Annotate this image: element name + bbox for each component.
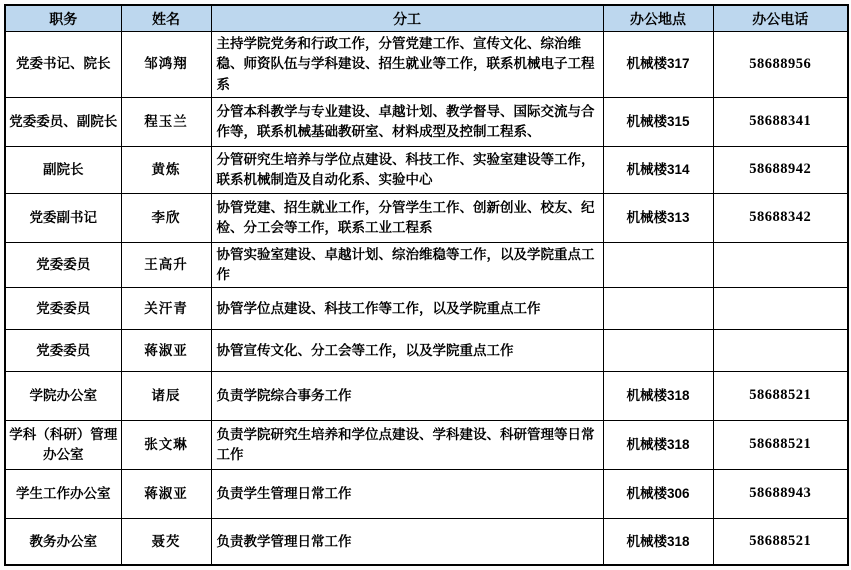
- cell-location: 机械楼317: [603, 32, 713, 98]
- page: 职务 姓名 分工 办公地点 办公电话 党委书记、院长 邹鸿翔 主持学院党务和行政…: [0, 0, 851, 570]
- cell-name: 蒋淑亚: [121, 330, 211, 372]
- cell-name: 诸辰: [121, 372, 211, 421]
- cell-duty: 协管学位点建设、科技工作等工作，以及学院重点工作: [211, 288, 603, 330]
- table-row: 党委委员 王高升 协管实验室建设、卓越计划、综治维稳等工作，以及学院重点工作: [5, 242, 848, 288]
- table-row: 党委书记、院长 邹鸿翔 主持学院党务和行政工作，分管党建工作、宣传文化、综治维稳…: [5, 32, 848, 98]
- cell-location: [603, 330, 713, 372]
- cell-duty: 负责学院综合事务工作: [211, 372, 603, 421]
- col-header-phone: 办公电话: [713, 5, 848, 32]
- table-row: 教务办公室 聂芡 负责教学管理日常工作 机械楼318 58688521: [5, 519, 848, 566]
- cell-position: 副院长: [5, 146, 121, 193]
- cell-location: 机械楼318: [603, 421, 713, 470]
- table-body: 党委书记、院长 邹鸿翔 主持学院党务和行政工作，分管党建工作、宣传文化、综治维稳…: [5, 32, 848, 566]
- col-header-location: 办公地点: [603, 5, 713, 32]
- table-row: 党委委员 蒋淑亚 协管宣传文化、分工会等工作，以及学院重点工作: [5, 330, 848, 372]
- col-header-position: 职务: [5, 5, 121, 32]
- cell-duty: 负责学院研究生培养和学位点建设、学科建设、科研管理等日常工作: [211, 421, 603, 470]
- cell-phone: 58688342: [713, 193, 848, 242]
- cell-phone: 58688943: [713, 470, 848, 519]
- cell-location: 机械楼313: [603, 193, 713, 242]
- cell-duty: 协管党建、招生就业工作，分管学生工作、创新创业、校友、纪检、分工会等工作，联系工…: [211, 193, 603, 242]
- cell-position: 党委委员: [5, 288, 121, 330]
- cell-position: 党委副书记: [5, 193, 121, 242]
- cell-name: 王高升: [121, 242, 211, 288]
- table-row: 党委委员 关汗青 协管学位点建设、科技工作等工作，以及学院重点工作: [5, 288, 848, 330]
- cell-position: 学院办公室: [5, 372, 121, 421]
- cell-location: [603, 288, 713, 330]
- cell-duty: 主持学院党务和行政工作，分管党建工作、宣传文化、综治维稳、师资队伍与学科建设、招…: [211, 32, 603, 98]
- cell-phone: 58688521: [713, 519, 848, 566]
- cell-phone: [713, 330, 848, 372]
- cell-position: 学生工作办公室: [5, 470, 121, 519]
- cell-phone: 58688942: [713, 146, 848, 193]
- cell-name: 蒋淑亚: [121, 470, 211, 519]
- cell-name: 黄炼: [121, 146, 211, 193]
- cell-name: 李欣: [121, 193, 211, 242]
- cell-phone: [713, 288, 848, 330]
- header-row: 职务 姓名 分工 办公地点 办公电话: [5, 5, 848, 32]
- cell-name: 关汗青: [121, 288, 211, 330]
- cell-location: 机械楼315: [603, 97, 713, 146]
- col-header-name: 姓名: [121, 5, 211, 32]
- cell-position: 学科（科研）管理办公室: [5, 421, 121, 470]
- cell-duty: 分管研究生培养与学位点建设、科技工作、实验室建设等工作，联系机械制造及自动化系、…: [211, 146, 603, 193]
- table-row: 党委委员、副院长 程玉兰 分管本科教学与专业建设、卓越计划、教学督导、国际交流与…: [5, 97, 848, 146]
- cell-position: 党委委员: [5, 242, 121, 288]
- cell-name: 邹鸿翔: [121, 32, 211, 98]
- cell-duty: 协管实验室建设、卓越计划、综治维稳等工作，以及学院重点工作: [211, 242, 603, 288]
- staff-table: 职务 姓名 分工 办公地点 办公电话 党委书记、院长 邹鸿翔 主持学院党务和行政…: [4, 4, 849, 566]
- table-row: 学院办公室 诸辰 负责学院综合事务工作 机械楼318 58688521: [5, 372, 848, 421]
- cell-position: 党委委员: [5, 330, 121, 372]
- cell-location: 机械楼306: [603, 470, 713, 519]
- table-row: 党委副书记 李欣 协管党建、招生就业工作，分管学生工作、创新创业、校友、纪检、分…: [5, 193, 848, 242]
- cell-phone: [713, 242, 848, 288]
- cell-name: 张文琳: [121, 421, 211, 470]
- cell-location: 机械楼318: [603, 519, 713, 566]
- cell-name: 聂芡: [121, 519, 211, 566]
- cell-duty: 分管本科教学与专业建设、卓越计划、教学督导、国际交流与合作等，联系机械基础教研室…: [211, 97, 603, 146]
- table-row: 副院长 黄炼 分管研究生培养与学位点建设、科技工作、实验室建设等工作，联系机械制…: [5, 146, 848, 193]
- cell-duty: 负责学生管理日常工作: [211, 470, 603, 519]
- cell-position: 党委委员、副院长: [5, 97, 121, 146]
- table-row: 学科（科研）管理办公室 张文琳 负责学院研究生培养和学位点建设、学科建设、科研管…: [5, 421, 848, 470]
- cell-position: 党委书记、院长: [5, 32, 121, 98]
- cell-duty: 负责教学管理日常工作: [211, 519, 603, 566]
- cell-position: 教务办公室: [5, 519, 121, 566]
- col-header-duty: 分工: [211, 5, 603, 32]
- cell-location: 机械楼318: [603, 372, 713, 421]
- table-row: 学生工作办公室 蒋淑亚 负责学生管理日常工作 机械楼306 58688943: [5, 470, 848, 519]
- cell-phone: 58688341: [713, 97, 848, 146]
- cell-phone: 58688521: [713, 372, 848, 421]
- cell-location: 机械楼314: [603, 146, 713, 193]
- cell-duty: 协管宣传文化、分工会等工作，以及学院重点工作: [211, 330, 603, 372]
- cell-location: [603, 242, 713, 288]
- cell-phone: 58688521: [713, 421, 848, 470]
- cell-phone: 58688956: [713, 32, 848, 98]
- cell-name: 程玉兰: [121, 97, 211, 146]
